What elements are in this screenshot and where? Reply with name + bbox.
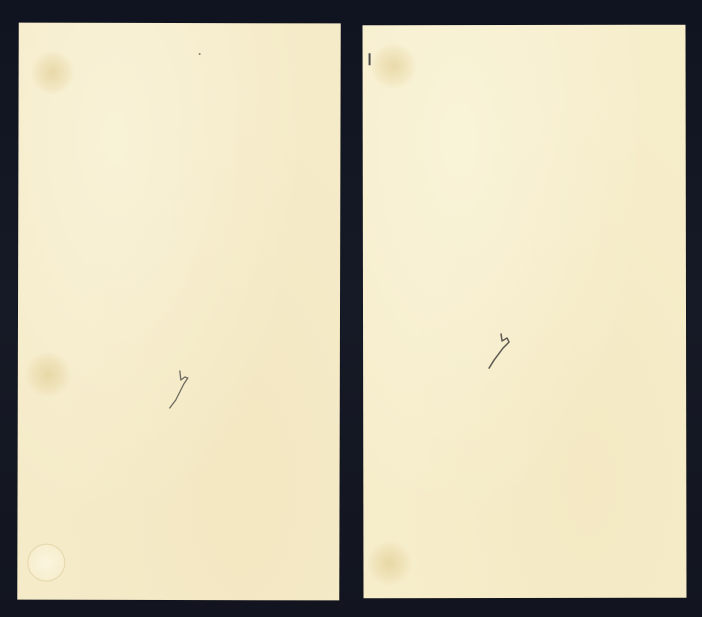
handwritten-seven: 7 <box>485 330 517 370</box>
handwritten-seven: 7 <box>166 368 196 410</box>
corner-stain <box>371 43 417 89</box>
speck <box>199 53 201 55</box>
handwritten-mark-text: 7 <box>485 370 486 371</box>
corner-stain <box>31 51 75 95</box>
right-page: 7 <box>363 25 687 599</box>
ring-stain <box>27 544 65 582</box>
edge-stain <box>24 353 72 397</box>
handwritten-mark-text: 7 <box>166 410 167 411</box>
left-page: 7 <box>17 23 341 601</box>
bottom-stain <box>367 540 411 586</box>
